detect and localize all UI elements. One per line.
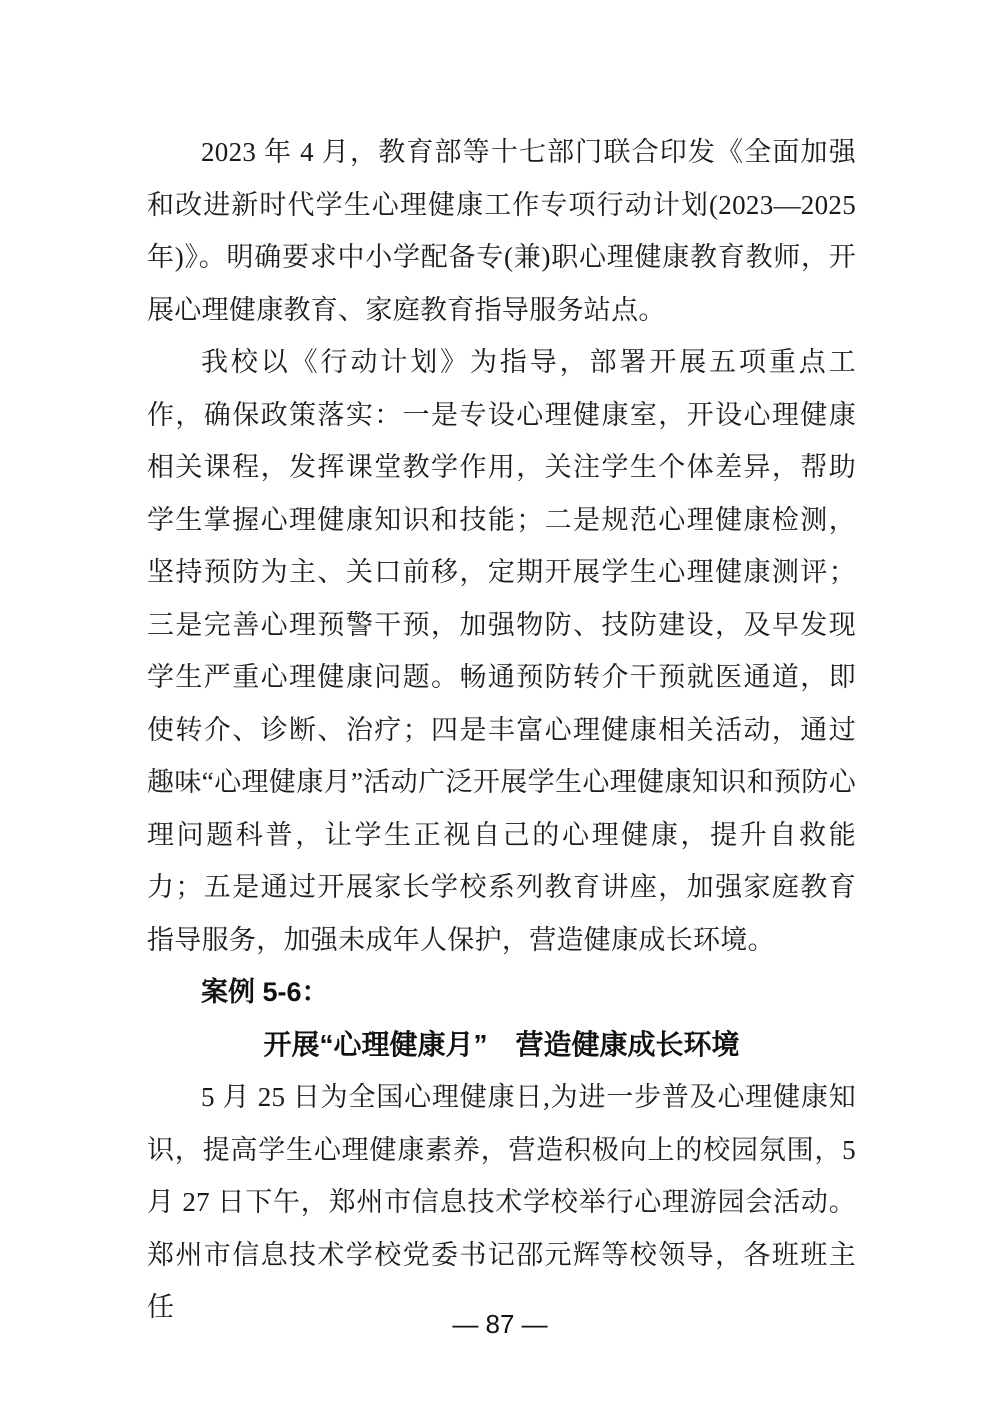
case-title: 开展“心理健康月” 营造健康成长环境 [147,1019,856,1072]
paragraph-policy-issue: 2023 年 4 月，教育部等十七部门联合印发《全面加强和改进新时代学生心理健康… [147,126,856,336]
page-number: — 87 — [0,1308,1000,1340]
document-body: 2023 年 4 月，教育部等十七部门联合印发《全面加强和改进新时代学生心理健康… [147,126,856,1334]
paragraph-five-key-tasks: 我校以《行动计划》为指导，部署开展五项重点工作，确保政策落实：一是专设心理健康室… [147,336,856,966]
paragraph-case-body: 5 月 25 日为全国心理健康日,为进一步普及心理健康知识，提高学生心理健康素养… [147,1071,856,1334]
document-page: 2023 年 4 月，教育部等十七部门联合印发《全面加强和改进新时代学生心理健康… [0,0,1000,1414]
case-label: 案例 5-6： [147,966,856,1019]
